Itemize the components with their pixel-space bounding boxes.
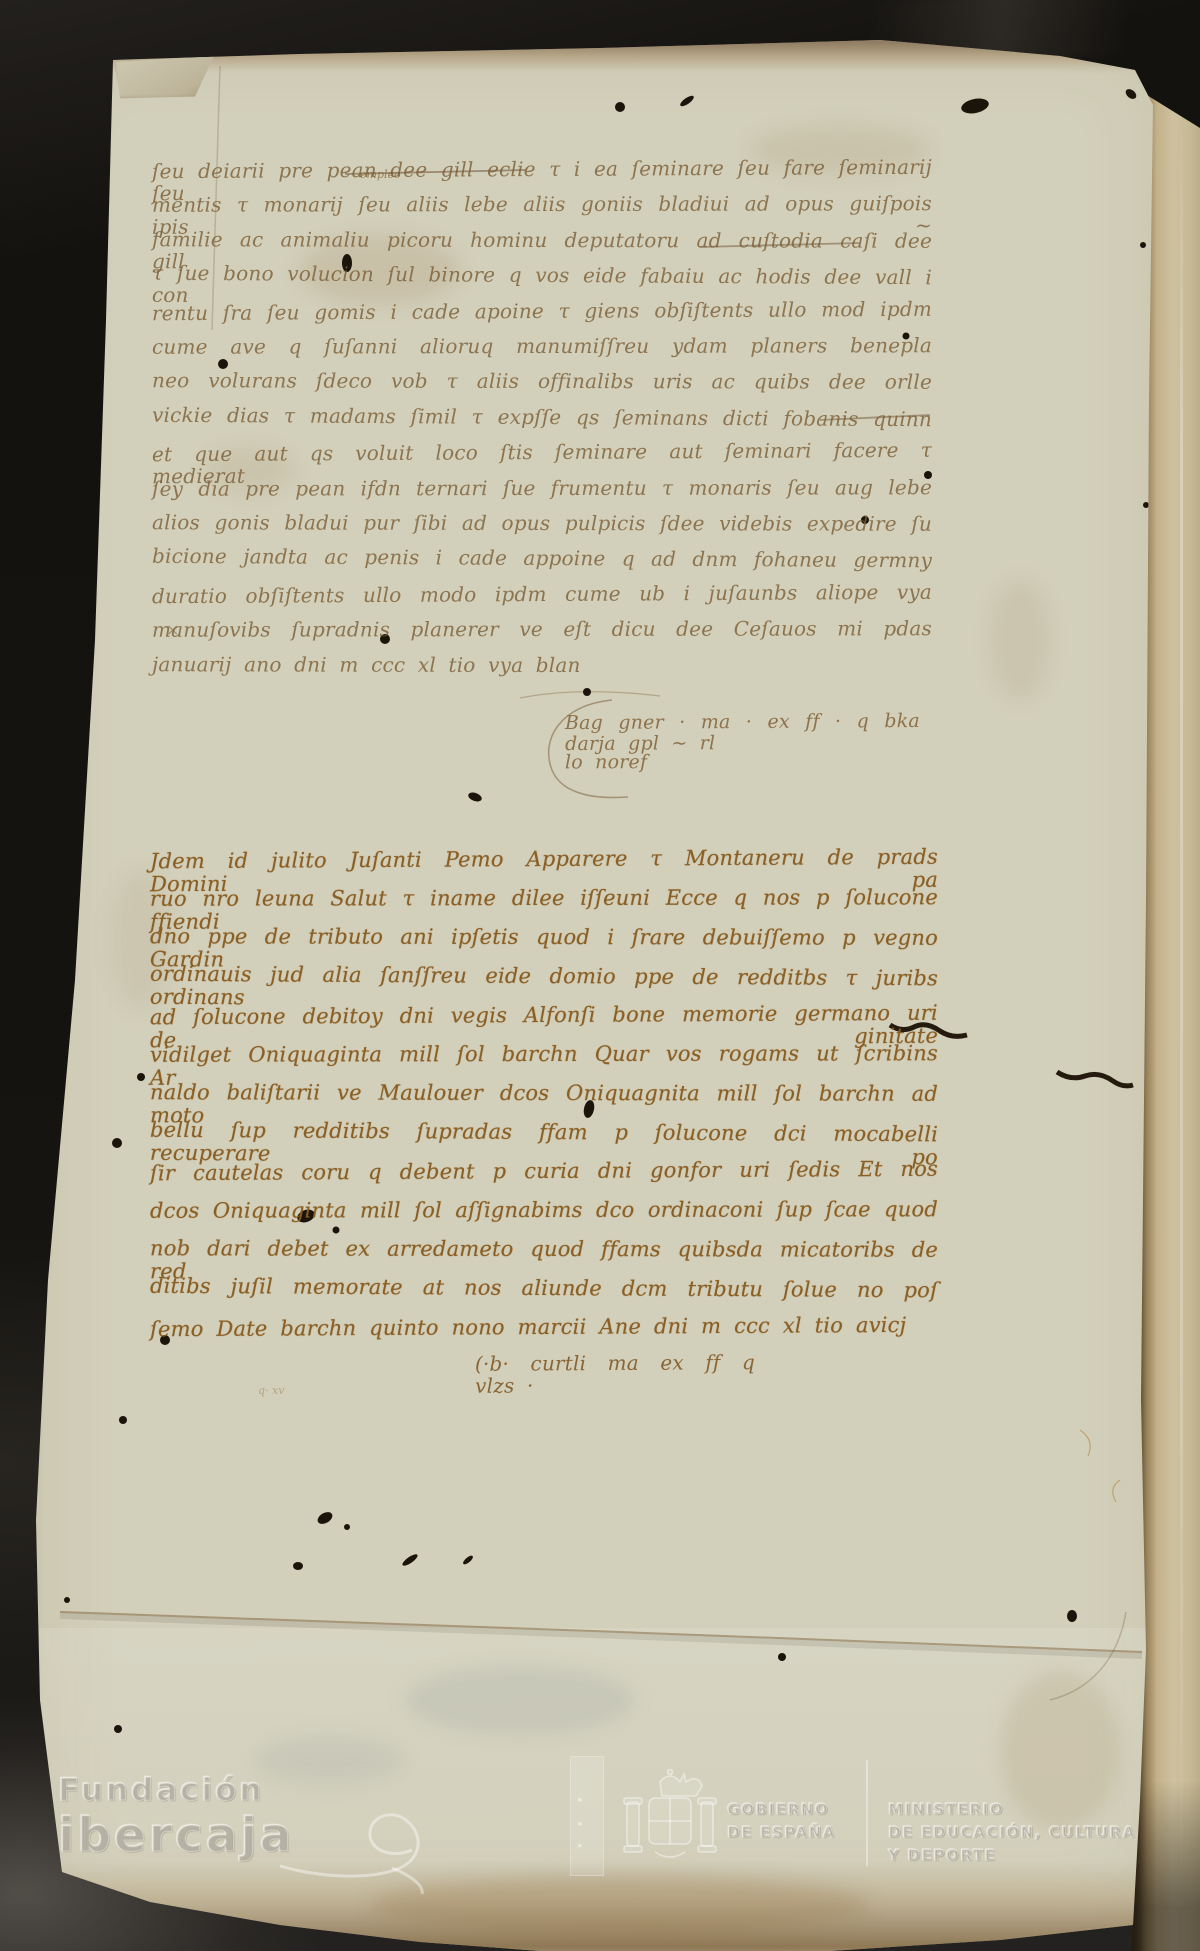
star-icon: ✶ xyxy=(576,1842,584,1852)
paper-fibers xyxy=(1080,33,1130,1502)
ibercaja-watermark-line2: ibercaja xyxy=(58,1808,294,1863)
manuscript-line: (·b· curtli ma ex ff q vlzs · xyxy=(475,1351,755,1397)
manuscript-line: Bag gner · ma · ex ff · q bka darja gpl … xyxy=(565,711,920,755)
flag-bar xyxy=(570,1756,604,1876)
fundacion-watermark-line1: Fundación xyxy=(58,1772,264,1808)
star-icon: ✶ xyxy=(576,1820,584,1830)
manuscript-line: manuſovibs ſupradnis planerer ve eſt dic… xyxy=(152,617,932,640)
manuscript-line: dcos Oniquaginta mill ſol aſſignabims dc… xyxy=(150,1198,938,1223)
marginal-mark: × xyxy=(166,620,179,639)
ministerio-line1: MINISTERIO xyxy=(888,1798,1136,1821)
spain-coat-of-arms xyxy=(615,1768,725,1883)
manuscript-line: cume ave q ſuſanni alioruq manumiſſreu y… xyxy=(152,334,932,357)
ministerio-line3: Y DEPORTE xyxy=(888,1844,1136,1867)
manuscript-line: vickie dias τ madams ſimil τ expſſe qs ſ… xyxy=(152,404,932,430)
gobierno-line2: DE ESPAÑA xyxy=(727,1821,836,1844)
ministerio-watermark: MINISTERIO DE EDUCACIÓN, CULTURA Y DEPOR… xyxy=(888,1798,1136,1867)
ibercaja-logo-swoosh xyxy=(272,1798,442,1898)
manuscript-line: ſemo Date barchn quinto nono marcii Ane … xyxy=(150,1314,938,1342)
watermark-divider xyxy=(866,1760,868,1866)
manuscript-line: ſir cautelas coru q debent p curia dni g… xyxy=(150,1158,938,1186)
manuscript-line: januarij ano dni m ccc xl tio vya blan xyxy=(152,653,932,676)
manuscript-line: rentu ſra ſeu gomis i cade apoine τ gien… xyxy=(152,297,932,323)
star-icon: ✶ xyxy=(576,1796,584,1806)
gobierno-watermark: GOBIERNO DE ESPAÑA xyxy=(727,1798,836,1844)
manuscript-page: ſeu deiarii pre pean dee gill eclie τ i … xyxy=(0,0,1200,1951)
archival-photograph: ſeu deiarii pre pean dee gill eclie τ i … xyxy=(0,0,1200,1951)
manuscript-line: neo volurans ſdeco vob τ aliis offinalib… xyxy=(152,370,932,393)
manuscript-line: ditibs juſil memorate at nos aliunde dcm… xyxy=(150,1275,938,1303)
manuscript-line: duratio obſiſtents ullo modo ipdm cume u… xyxy=(152,581,932,607)
manuscript-line: ſey dia pre pean ifdn ternari ſue frumen… xyxy=(152,476,932,499)
manuscript-line: lo noref xyxy=(565,752,920,774)
interline-note: empleo xyxy=(360,168,401,181)
manuscript-line: alios gonis bladui pur ſibi ad opus pulp… xyxy=(152,511,932,534)
pen-trial-mark: q· xv xyxy=(258,1384,284,1397)
manuscript-line: bicione jandta ac penis i cade appoine q… xyxy=(152,545,932,571)
gobierno-line1: GOBIERNO xyxy=(727,1798,836,1821)
ministerio-line2: DE EDUCACIÓN, CULTURA xyxy=(888,1821,1136,1844)
